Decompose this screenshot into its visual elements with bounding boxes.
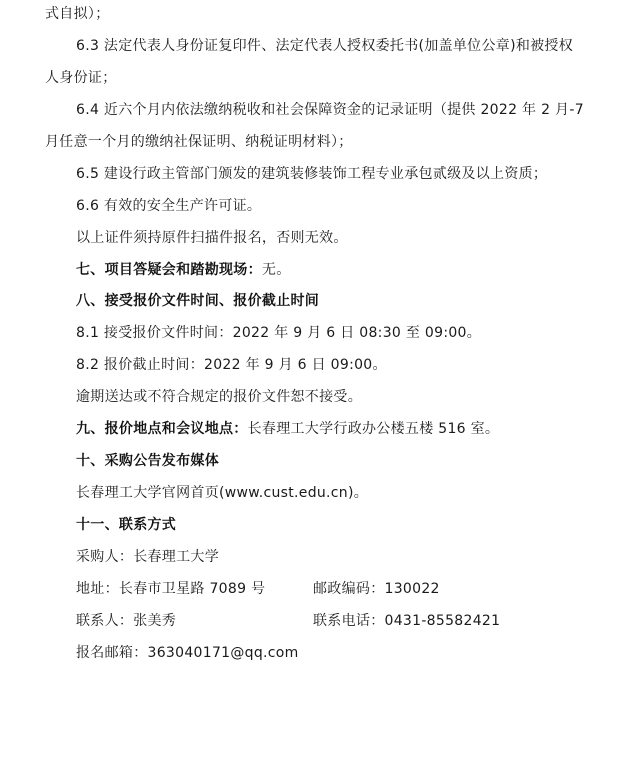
text-line: 式自拟）； — [45, 3, 110, 25]
phone: 联系电话：0431-85582421 — [313, 610, 500, 632]
section-11-heading: 十一、联系方式 — [76, 514, 176, 536]
item-6-5: 6.5 建设行政主管部门颁发的建筑装修装饰工程专业承包贰级及以上资质； — [76, 163, 547, 185]
section-7-value: 无。 — [262, 262, 291, 278]
section-10-heading: 十、采购公告发布媒体 — [76, 450, 219, 472]
address: 地址：长春市卫星路 7089 号 — [76, 581, 265, 597]
section-7: 七、项目答疑会和踏勘现场：无。 — [76, 259, 291, 281]
item-8-1: 8.1 接受报价文件时间：2022 年 9 月 6 日 08:30 至 09:0… — [76, 322, 481, 344]
section-7-heading: 七、项目答疑会和踏勘现场： — [76, 262, 262, 278]
item-6-6: 6.6 有效的安全生产许可证。 — [76, 195, 261, 217]
address-row: 地址：长春市卫星路 7089 号 邮政编码：130022 — [76, 578, 616, 600]
late-note: 逾期送达或不符合规定的报价文件恕不接受。 — [76, 386, 362, 408]
section-8-heading: 八、接受报价文件时间、报价截止时间 — [76, 290, 319, 312]
email: 报名邮箱：363040171@qq.com — [76, 642, 299, 664]
text-line: 月任意一个月的缴纳社保证明、纳税证明材料）； — [45, 131, 353, 153]
item-6-3: 6.3 法定代表人身份证复印件、法定代表人授权委托书(加盖单位公章)和被授权 — [76, 35, 573, 57]
section-9-heading: 九、报价地点和会议地点： — [76, 421, 248, 437]
note-line: 以上证件须持原件扫描件报名，否则无效。 — [76, 227, 348, 249]
section-10-value: 长春理工大学官网首页(www.cust.edu.cn)。 — [76, 482, 368, 504]
section-9: 九、报价地点和会议地点：长春理工大学行政办公楼五楼 516 室。 — [76, 418, 499, 440]
section-9-value: 长春理工大学行政办公楼五楼 516 室。 — [248, 421, 500, 437]
purchaser: 采购人：长春理工大学 — [76, 546, 219, 568]
item-8-2: 8.2 报价截止时间：2022 年 9 月 6 日 09:00。 — [76, 354, 387, 376]
document-page: 式自拟）； 6.3 法定代表人身份证复印件、法定代表人授权委托书(加盖单位公章)… — [0, 0, 644, 758]
item-6-4: 6.4 近六个月内依法缴纳税收和社会保障资金的记录证明（提供 2022 年 2 … — [76, 99, 584, 121]
text-line: 人身份证； — [45, 67, 117, 89]
postcode: 邮政编码：130022 — [313, 578, 440, 600]
contact-person: 联系人：张美秀 — [76, 613, 176, 629]
contact-row: 联系人：张美秀 联系电话：0431-85582421 — [76, 610, 616, 632]
